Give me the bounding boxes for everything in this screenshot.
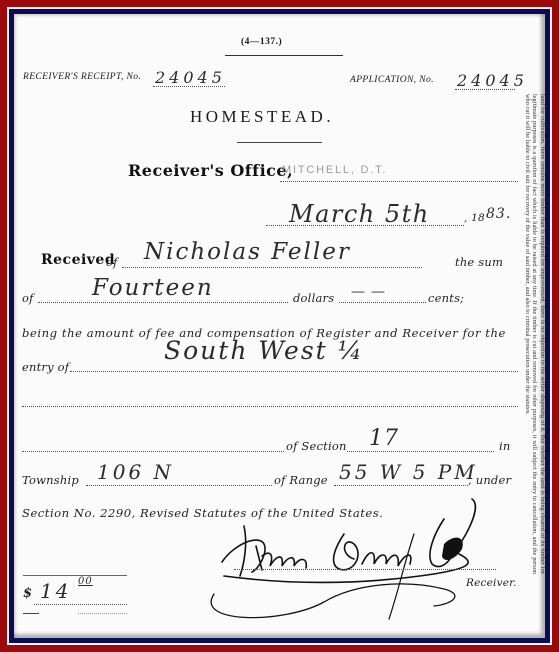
range-value: 55 W 5 PM <box>339 460 478 484</box>
timber-land-side-note: Timber land embraced in a homestead, or … <box>519 94 545 574</box>
dollars-label: dollars <box>293 291 334 305</box>
receiver-signature <box>204 494 504 624</box>
received-label: Received <box>41 252 115 268</box>
amount-words: Fourteen <box>92 275 214 301</box>
township-value: 106 N <box>97 460 174 484</box>
homestead-receipt-document: (4—137.) RECEIVER'S RECEIPT, No. 24045 A… <box>14 14 545 638</box>
section-value: 17 <box>369 426 399 451</box>
amount-top-rule <box>23 575 127 576</box>
form-number-rule <box>225 55 343 56</box>
office-label: Receiver's Office, <box>128 161 293 180</box>
under-label: , under <box>468 473 511 487</box>
signature-flourish-icon <box>204 494 504 624</box>
office-location-stamp: MITCHELL, D.T. <box>282 164 387 176</box>
section-prefix-line <box>22 451 284 452</box>
amount-dollar-sign: $ <box>23 586 32 601</box>
application-number-value: 24045 <box>457 71 528 90</box>
signature-line <box>234 569 496 570</box>
township-line <box>86 485 272 486</box>
cents-line <box>339 302 426 303</box>
range-label: of Range <box>274 473 328 487</box>
amount-cents: 00 <box>78 576 93 587</box>
form-number: (4—137.) <box>241 37 282 47</box>
township-label: Township <box>22 473 79 487</box>
payer-line <box>122 267 422 268</box>
application-number-label: APPLICATION, No. <box>350 75 434 85</box>
the-sum-label: the sum <box>455 255 503 269</box>
amount-figure: 14 <box>40 579 71 603</box>
date-handwritten: March 5th <box>289 200 430 228</box>
title-rule <box>237 142 322 143</box>
receipt-number-label: RECEIVER'S RECEIPT, No. <box>23 72 141 82</box>
amount-bottom-rule <box>23 613 39 614</box>
entry-value: South West ¼ <box>164 336 364 365</box>
range-line <box>334 485 468 486</box>
section-label: of Section <box>286 439 347 453</box>
received-of-label: of <box>106 255 118 269</box>
amount-bottom-dots <box>78 613 127 614</box>
office-line <box>280 181 518 182</box>
payer-name: Nicholas Feller <box>144 239 351 265</box>
entry-continuation-line <box>22 406 518 407</box>
amount-words-line <box>38 302 288 303</box>
entry-label: entry of <box>22 360 69 374</box>
year-handwritten: 83. <box>486 206 511 222</box>
amount-line <box>34 604 127 605</box>
entry-line <box>70 371 518 372</box>
receipt-number-value: 24045 <box>155 68 226 87</box>
section-line <box>347 451 494 452</box>
cents-label: cents; <box>428 291 464 305</box>
in-label: in <box>499 439 511 453</box>
document-title: HOMESTEAD. <box>190 107 334 127</box>
of-label: of <box>22 291 34 305</box>
year-prefix: , 18 <box>464 212 485 224</box>
cents-value: —— <box>351 284 391 300</box>
signer-title: Receiver. <box>466 577 517 589</box>
